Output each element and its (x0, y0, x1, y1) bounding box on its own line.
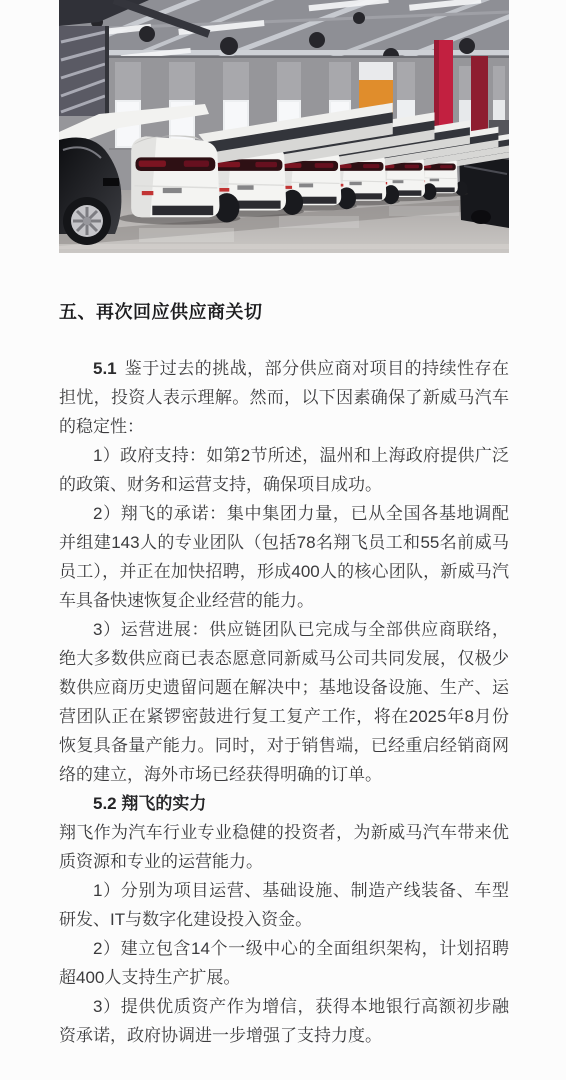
white-wall-panel (359, 62, 393, 80)
list-item-xiangfei-commitment: 2）翔飞的承诺：集中集团力量，已从全国各基地调配并组建143人的专业团队（包括7… (59, 499, 509, 615)
article: 五、再次回应供应商关切 5.1鉴于过去的挑战，部分供应商对项目的持续性存在担忧，… (59, 298, 509, 1050)
paragraph-5-1-text: 鉴于过去的挑战，部分供应商对项目的持续性存在担忧，投资人表示理解。然而，以下因素… (59, 359, 509, 436)
list-item-government-support: 1）政府支持：如第2节所述，温州和上海政府提供广泛的政策、财务和运营支持，确保项… (59, 441, 509, 499)
list-item-investment-areas: 1）分别为项目运营、基础设施、制造产线装备、车型研发、IT与数字化建设投入资金。 (59, 876, 509, 934)
list-item-financing: 3）提供优质资产作为增信，获得本地银行高额初步融资承诺，政府协调进一步增强了支持… (59, 992, 509, 1050)
paragraph-5-1: 5.1鉴于过去的挑战，部分供应商对项目的持续性存在担忧，投资人表示理解。然而，以… (59, 354, 509, 441)
section-heading: 五、再次回应供应商关切 (59, 298, 509, 327)
list-item-operations-progress: 3）运营进展：供应链团队已完成与全部供应商联络，绝大多数供应商已表态愿意同新威马… (59, 615, 509, 789)
page: 五、再次回应供应商关切 5.1鉴于过去的挑战，部分供应商对项目的持续性存在担忧，… (0, 0, 566, 1080)
clause-number-5-1: 5.1 (93, 359, 117, 378)
shelving-structure (59, 26, 109, 116)
list-item-org-structure: 2）建立包含14个一级中心的全面组织架构，计划招聘超400人支持生产扩展。 (59, 934, 509, 992)
hero-photo (59, 0, 509, 253)
factory-cars-photo-illustration (59, 0, 509, 253)
subsection-heading-5-2: 5.2 翔飞的实力 (59, 789, 509, 818)
paragraph-5-2-intro: 翔飞作为汽车行业专业稳健的投资者，为新威马汽车带来优质资源和专业的运营能力。 (59, 818, 509, 876)
